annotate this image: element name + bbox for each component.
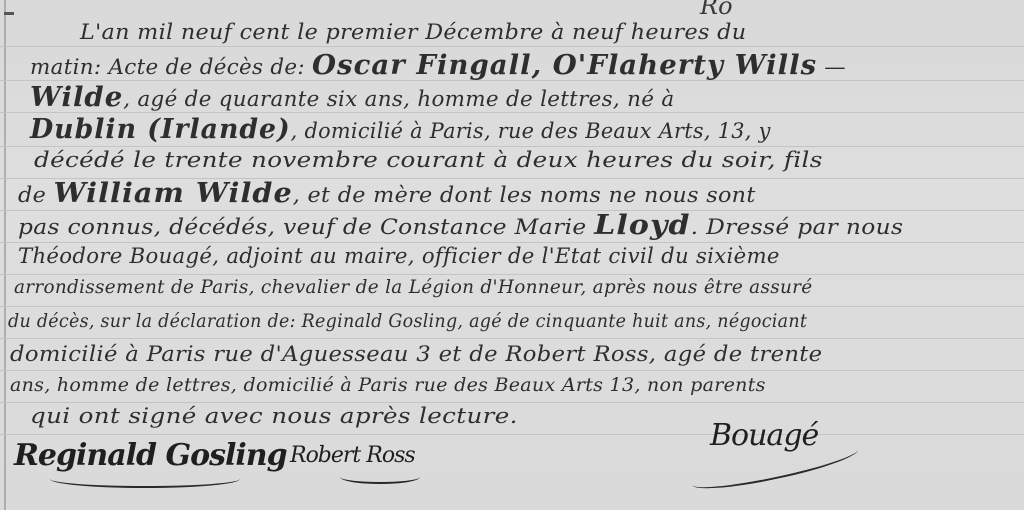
ruled-line [0,434,1024,435]
ruled-line [0,274,1024,275]
text-line-4: Dublin (Irlande), domicilié à Paris, rue… [30,114,771,145]
line-text: de [18,183,53,207]
birthplace: Dublin (Irlande) [30,114,291,145]
ruled-line [0,370,1024,371]
text-line-1: L'an mil neuf cent le premier Décembre à… [80,20,746,44]
ruled-line [0,338,1024,339]
spouse-surname: Lloyd [594,210,690,241]
signature-official: Bouagé [710,418,818,453]
line-text: L'an mil neuf cent le premier Décembre à… [80,20,746,44]
line-text: Théodore Bouagé, adjoint au maire, offic… [18,244,780,268]
text-line-13: qui ont signé avec nous après lecture. [30,404,518,428]
text-line-2: matin: Acte de décès de: Oscar Fingall, … [30,50,846,81]
line-text: ans, homme de lettres, domicilié à Paris… [10,374,766,396]
line-text: , et de mère dont les noms ne nous sont [293,183,756,207]
text-line-12: ans, homme de lettres, domicilié à Paris… [10,374,766,396]
signature-reginald-gosling: Reginald Gosling [14,438,287,473]
signature-underline [340,470,420,484]
text-line-10: du décès, sur la déclaration de: Reginal… [8,310,807,332]
line-text: du décès, sur la déclaration de: Reginal… [8,310,807,332]
line-text: pas connus, décédés, veuf de Constance M… [18,215,594,239]
signature-robert-ross: Robert Ross [290,443,415,468]
text-line-6: de William Wilde, et de mère dont les no… [18,178,756,209]
text-line-11: domicilié à Paris rue d'Aguesseau 3 et d… [10,342,822,366]
margin-tick [4,12,14,15]
line-text: décédé le trente novembre courant à deux… [34,148,823,172]
line-text: arrondissement de Paris, chevalier de la… [14,276,812,298]
father-name: William Wilde [53,178,292,209]
document-page: Ro L'an mil neuf cent le premier Décembr… [0,0,1024,510]
text-line-7: pas connus, décédés, veuf de Constance M… [18,210,903,241]
line-text: qui ont signé avec nous après lecture. [30,404,518,428]
line-text: domicilié à Paris rue d'Aguesseau 3 et d… [10,342,822,366]
ruled-line [0,306,1024,307]
line-text: . Dressé par nous [691,215,904,239]
ruled-line [0,146,1024,147]
line-text: — [817,55,846,79]
line-text: , domicilié à Paris, rue des Beaux Arts,… [291,119,771,143]
ruled-line [0,46,1024,47]
text-line-5: décédé le trente novembre courant à deux… [34,148,823,172]
deceased-surname: Wilde [30,82,123,113]
ruled-line [0,402,1024,403]
line-text: , agé de quarante six ans, homme de lett… [123,87,674,111]
ruled-line [0,242,1024,243]
top-flourish-fragment: Ro [700,0,733,20]
text-line-8: Théodore Bouagé, adjoint au maire, offic… [18,244,780,268]
signature-underline [50,470,240,488]
line-text: matin: Acte de décès de: [30,55,312,79]
deceased-name: Oscar Fingall, O'Flaherty Wills [312,50,817,81]
text-line-3: Wilde, agé de quarante six ans, homme de… [30,82,674,113]
text-line-9: arrondissement de Paris, chevalier de la… [14,276,812,298]
